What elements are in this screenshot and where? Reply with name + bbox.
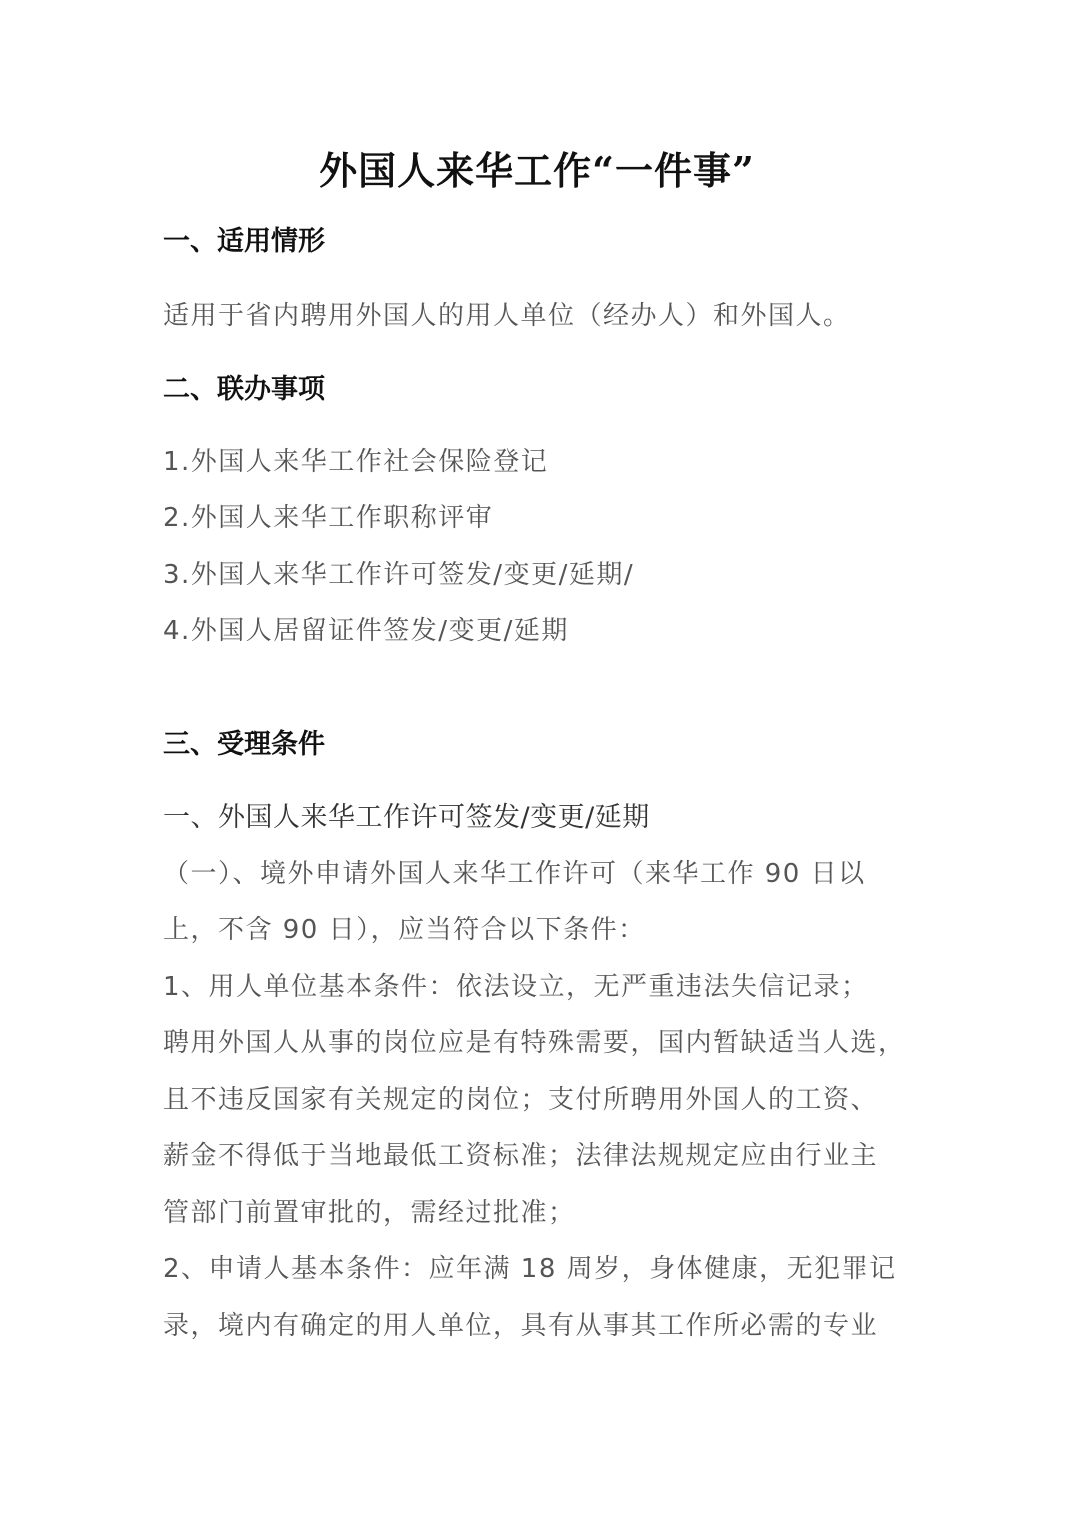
section-heading-applicable: 一、适用情形 bbox=[163, 224, 325, 260]
paragraph-line: 管部门前置审批的，需经过批准； bbox=[163, 1195, 576, 1231]
paragraph-line: 录，境内有确定的用人单位，具有从事其工作所必需的专业 bbox=[163, 1308, 878, 1344]
paragraph-line: 聘用外国人从事的岗位应是有特殊需要，国内暂缺适当人选， bbox=[163, 1025, 906, 1061]
paragraph-line: 且不违反国家有关规定的岗位；支付所聘用外国人的工资、 bbox=[163, 1082, 878, 1118]
list-item: 4.外国人居留证件签发/变更/延期 bbox=[163, 613, 569, 649]
list-item: 2.外国人来华工作职称评审 bbox=[163, 500, 493, 536]
subheading-work-permit: 一、外国人来华工作许可签发/变更/延期 bbox=[163, 800, 650, 836]
paragraph-line: （一）、境外申请外国人来华工作许可（来华工作 90 日以 bbox=[163, 856, 866, 892]
paragraph-line: 薪金不得低于当地最低工资标准；法律法规规定应由行业主 bbox=[163, 1138, 878, 1174]
paragraph-line: 2、申请人基本条件：应年满 18 周岁，身体健康，无犯罪记 bbox=[163, 1251, 897, 1287]
section-heading-joint-items: 二、联办事项 bbox=[163, 372, 325, 408]
list-item: 1.外国人来华工作社会保险登记 bbox=[163, 444, 548, 480]
document-title: 外国人来华工作“一件事” bbox=[0, 146, 1074, 196]
paragraph-line: 上，不含 90 日），应当符合以下条件： bbox=[163, 912, 646, 948]
paragraph-applicable: 适用于省内聘用外国人的用人单位（经办人）和外国人。 bbox=[163, 298, 851, 334]
section-heading-conditions: 三、受理条件 bbox=[163, 727, 325, 763]
paragraph-line: 1、用人单位基本条件：依法设立，无严重违法失信记录； bbox=[163, 969, 869, 1005]
document-page: 外国人来华工作“一件事” 一、适用情形 适用于省内聘用外国人的用人单位（经办人）… bbox=[0, 0, 1074, 1520]
list-item: 3.外国人来华工作许可签发/变更/延期/ bbox=[163, 557, 634, 593]
